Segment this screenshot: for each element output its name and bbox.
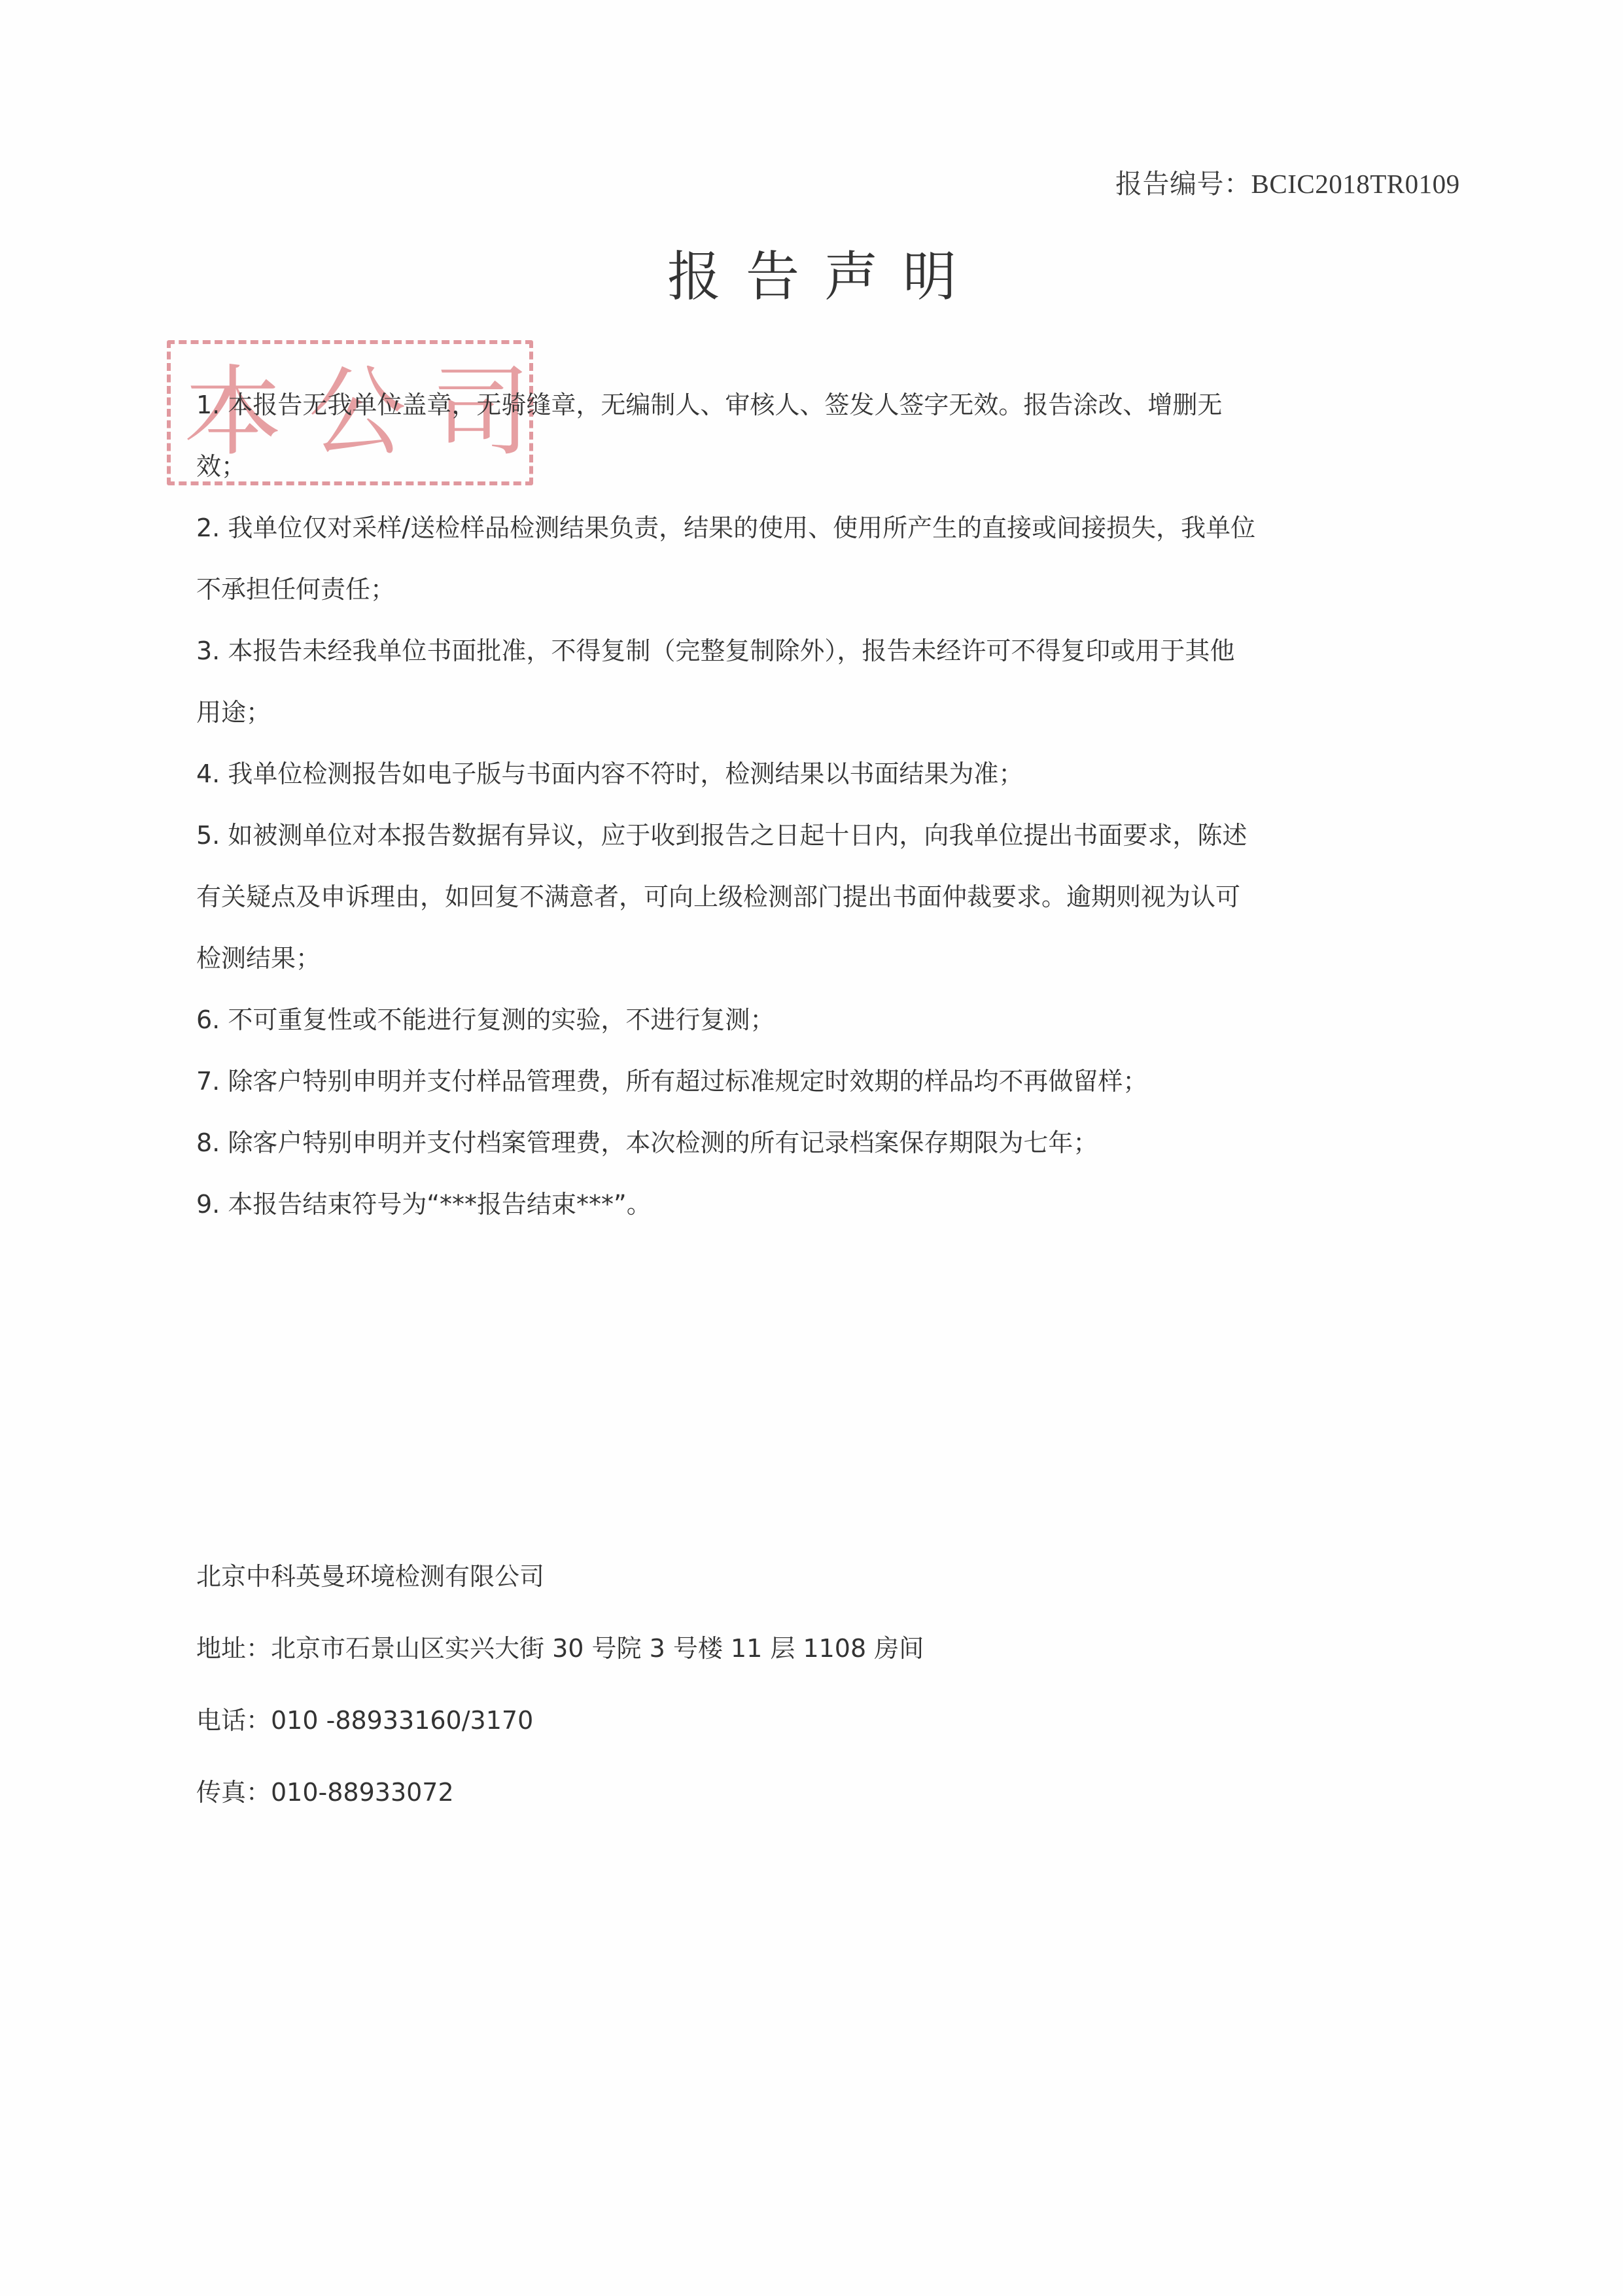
company-phone: 电话：010 -88933160/3170 bbox=[196, 1684, 924, 1756]
clause-4: 4. 我单位检测报告如电子版与书面内容不符时，检测结果以书面结果为准； bbox=[196, 743, 1256, 805]
clause-6: 6. 不可重复性或不能进行复测的实验，不进行复测； bbox=[196, 989, 1256, 1051]
company-address: 地址：北京市石景山区实兴大街 30 号院 3 号楼 11 层 1108 房间 bbox=[196, 1612, 924, 1684]
clause-5: 5. 如被测单位对本报告数据有异议，应于收到报告之日起十日内，向我单位提出书面要… bbox=[196, 805, 1256, 989]
clause-1: 1. 本报告无我单位盖章，无骑缝章，无编制人、审核人、签发人签字无效。报告涂改、… bbox=[196, 374, 1256, 497]
clause-2: 2. 我单位仅对采样/送检样品检测结果负责，结果的使用、使用所产生的直接或间接损… bbox=[196, 497, 1256, 620]
company-name: 北京中科英曼环境检测有限公司 bbox=[196, 1540, 924, 1612]
clause-8: 8. 除客户特别申明并支付档案管理费，本次检测的所有记录档案保存期限为七年； bbox=[196, 1112, 1256, 1174]
company-fax: 传真：010-88933072 bbox=[196, 1756, 924, 1828]
clause-9: 9. 本报告结束符号为“***报告结束***”。 bbox=[196, 1174, 1256, 1235]
clause-3: 3. 本报告未经我单位书面批准，不得复制（完整复制除外），报告未经许可不得复印或… bbox=[196, 620, 1256, 743]
clause-7: 7. 除客户特别申明并支付样品管理费，所有超过标准规定时效期的样品均不再做留样； bbox=[196, 1051, 1256, 1112]
company-contact-block: 北京中科英曼环境检测有限公司 地址：北京市石景山区实兴大街 30 号院 3 号楼… bbox=[196, 1540, 924, 1828]
report-number: 报告编号：BCIC2018TR0109 bbox=[1115, 162, 1460, 201]
report-statement-page: 报告编号：BCIC2018TR0109 报告声明 本公司 1. 本报告无我单位盖… bbox=[0, 0, 1623, 2296]
statement-clauses: 1. 本报告无我单位盖章，无骑缝章，无编制人、审核人、签发人签字无效。报告涂改、… bbox=[196, 374, 1256, 1235]
page-title: 报告声明 bbox=[667, 234, 981, 311]
